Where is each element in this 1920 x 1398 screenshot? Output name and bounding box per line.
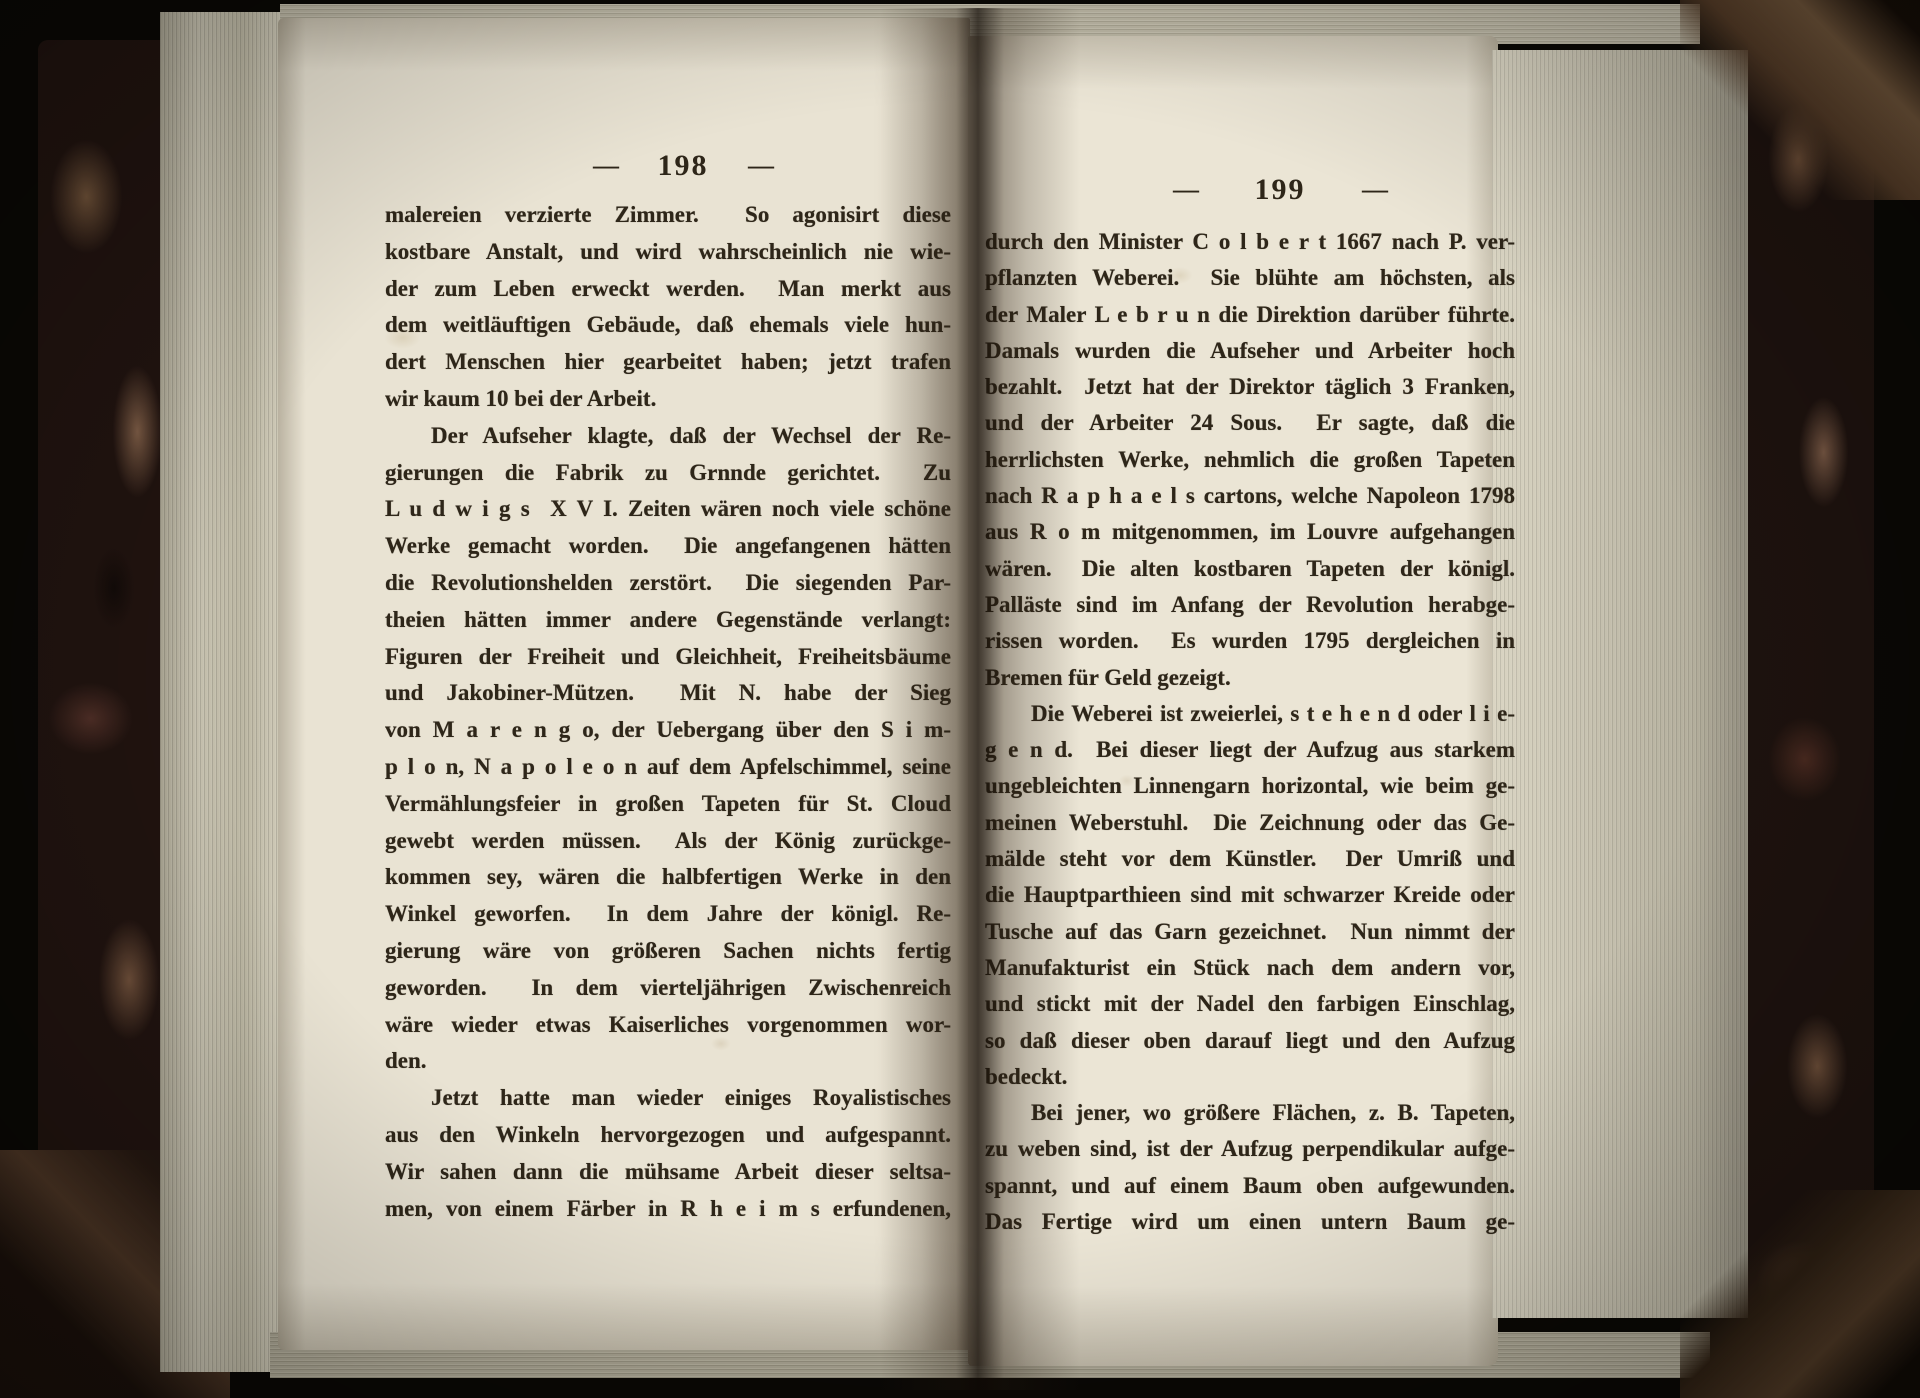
text-line: Wir sahen dann die mühsame Arbeit dieser… — [385, 1154, 951, 1191]
text-line: bedeckt. — [985, 1059, 1515, 1095]
left-text-column: malereien verzierte Zimmer. So agonisirt… — [385, 197, 951, 1227]
text-line: und Jakobiner-Mützen. Mit N. habe der Si… — [385, 675, 951, 712]
text-line: von M a r e n g o, der Uebergang über de… — [385, 712, 951, 749]
marbled-cover-right — [1748, 25, 1874, 1360]
text-line: wäre wieder etwas Kaiserliches vorgenomm… — [385, 1007, 951, 1044]
text-line: Winkel geworfen. In dem Jahre der königl… — [385, 896, 951, 933]
text-line: Werke gemacht worden. Die angefangenen h… — [385, 528, 951, 565]
text-line: Manufakturist ein Stück nach dem andern … — [985, 950, 1515, 986]
text-line: geworden. In dem vierteljährigen Zwische… — [385, 970, 951, 1007]
text-line: die Hauptparthieen sind mit schwarzer Kr… — [985, 877, 1515, 913]
text-line: aus den Winkeln hervorgezogen und aufges… — [385, 1117, 951, 1154]
text-line: malereien verzierte Zimmer. So agonisirt… — [385, 197, 951, 234]
text-line: dert Menschen hier gearbeitet haben; jet… — [385, 344, 951, 381]
text-line: Figuren der Freiheit und Gleichheit, Fre… — [385, 639, 951, 676]
header-dash: — — [1362, 175, 1387, 205]
text-line: Jetzt hatte man wieder einiges Royalisti… — [385, 1080, 951, 1117]
text-line: meinen Weberstuhl. Die Zeichnung oder da… — [985, 805, 1515, 841]
text-line: spannt, und auf einem Baum oben aufgewun… — [985, 1168, 1515, 1204]
text-line: men, von einem Färber in R h e i m s erf… — [385, 1191, 951, 1228]
text-line: nach R a p h a e l s cartons, welche Nap… — [985, 478, 1515, 514]
text-line: durch den Minister C o l b e r t 1667 na… — [985, 224, 1515, 260]
text-line: mälde steht vor dem Künstler. Der Umriß … — [985, 841, 1515, 877]
page-number-right: 199 — [1255, 173, 1306, 207]
text-line: gewebt werden müssen. Als der König zurü… — [385, 823, 951, 860]
right-text-column: durch den Minister C o l b e r t 1667 na… — [985, 224, 1515, 1240]
text-line: wären. Die alten kostbaren Tapeten der k… — [985, 551, 1515, 587]
header-dash: — — [748, 151, 773, 181]
text-line: theien hätten immer andere Gegenstände v… — [385, 602, 951, 639]
text-line: L u d w i g s X V I. Zeiten wären noch v… — [385, 491, 951, 528]
text-line: pflanzten Weberei. Sie blühte am höchste… — [985, 260, 1515, 296]
page-fore-edge-left — [160, 12, 288, 1372]
text-line: ungebleichten Linnengarn horizontal, wie… — [985, 768, 1515, 804]
text-line: Bei jener, wo größere Flächen, z. B. Tap… — [985, 1095, 1515, 1131]
text-line: g e n d. Bei dieser liegt der Aufzug aus… — [985, 732, 1515, 768]
text-line: wir kaum 10 bei der Arbeit. — [385, 381, 951, 418]
text-line: Vermählungsfeier in großen Tapeten für S… — [385, 786, 951, 823]
page-fore-edge-right — [1492, 50, 1760, 1318]
text-line: herrlichsten Werke, nehmlich die großen … — [985, 442, 1515, 478]
text-line: und stickt mit der Nadel den farbigen Ei… — [985, 986, 1515, 1022]
text-line: den. — [385, 1043, 951, 1080]
left-page-header: — 198 — — [593, 146, 773, 186]
text-line: der zum Leben erweckt werden. Man merkt … — [385, 271, 951, 308]
text-line: aus R o m mitgenommen, im Louvre aufgeha… — [985, 514, 1515, 550]
text-line: Bremen für Geld gezeigt. — [985, 660, 1515, 696]
text-line: p l o n, N a p o l e o n auf dem Apfelsc… — [385, 749, 951, 786]
text-line: gierungen die Fabrik zu Grnnde gerichtet… — [385, 455, 951, 492]
text-line: kommen sey, wären die halbfertigen Werke… — [385, 859, 951, 896]
text-line: Die Weberei ist zweierlei, s t e h e n d… — [985, 696, 1515, 732]
text-line: kostbare Anstalt, und wird wahrscheinlic… — [385, 234, 951, 271]
text-line: bezahlt. Jetzt hat der Direktor täglich … — [985, 369, 1515, 405]
text-line: der Maler L e b r u n die Direktion darü… — [985, 297, 1515, 333]
text-line: Das Fertige wird um einen untern Baum ge… — [985, 1204, 1515, 1240]
text-line: dem weitläuftigen Gebäude, daß ehemals v… — [385, 307, 951, 344]
leather-corner-top-right — [1680, 0, 1920, 200]
header-dash: — — [593, 151, 618, 181]
text-line: und der Arbeiter 24 Sous. Er sagte, daß … — [985, 405, 1515, 441]
header-dash: — — [1173, 175, 1198, 205]
text-line: gierung wäre von größeren Sachen nichts … — [385, 933, 951, 970]
text-line: Damals wurden die Aufseher und Arbeiter … — [985, 333, 1515, 369]
leather-corner-bottom-right — [1680, 1190, 1920, 1398]
text-line: so daß dieser oben darauf liegt und den … — [985, 1023, 1515, 1059]
text-line: Tusche auf das Garn gezeichnet. Nun nimm… — [985, 914, 1515, 950]
text-line: die Revolutionshelden zerstört. Die sieg… — [385, 565, 951, 602]
text-line: rissen worden. Es wurden 1795 dergleiche… — [985, 623, 1515, 659]
text-line: Der Aufseher klagte, daß der Wechsel der… — [385, 418, 951, 455]
page-number-left: 198 — [658, 149, 709, 183]
right-page-header: — 199 — — [1173, 170, 1387, 210]
text-line: Palläste sind im Anfang der Revolution h… — [985, 587, 1515, 623]
text-line: zu weben sind, ist der Aufzug perpendiku… — [985, 1131, 1515, 1167]
